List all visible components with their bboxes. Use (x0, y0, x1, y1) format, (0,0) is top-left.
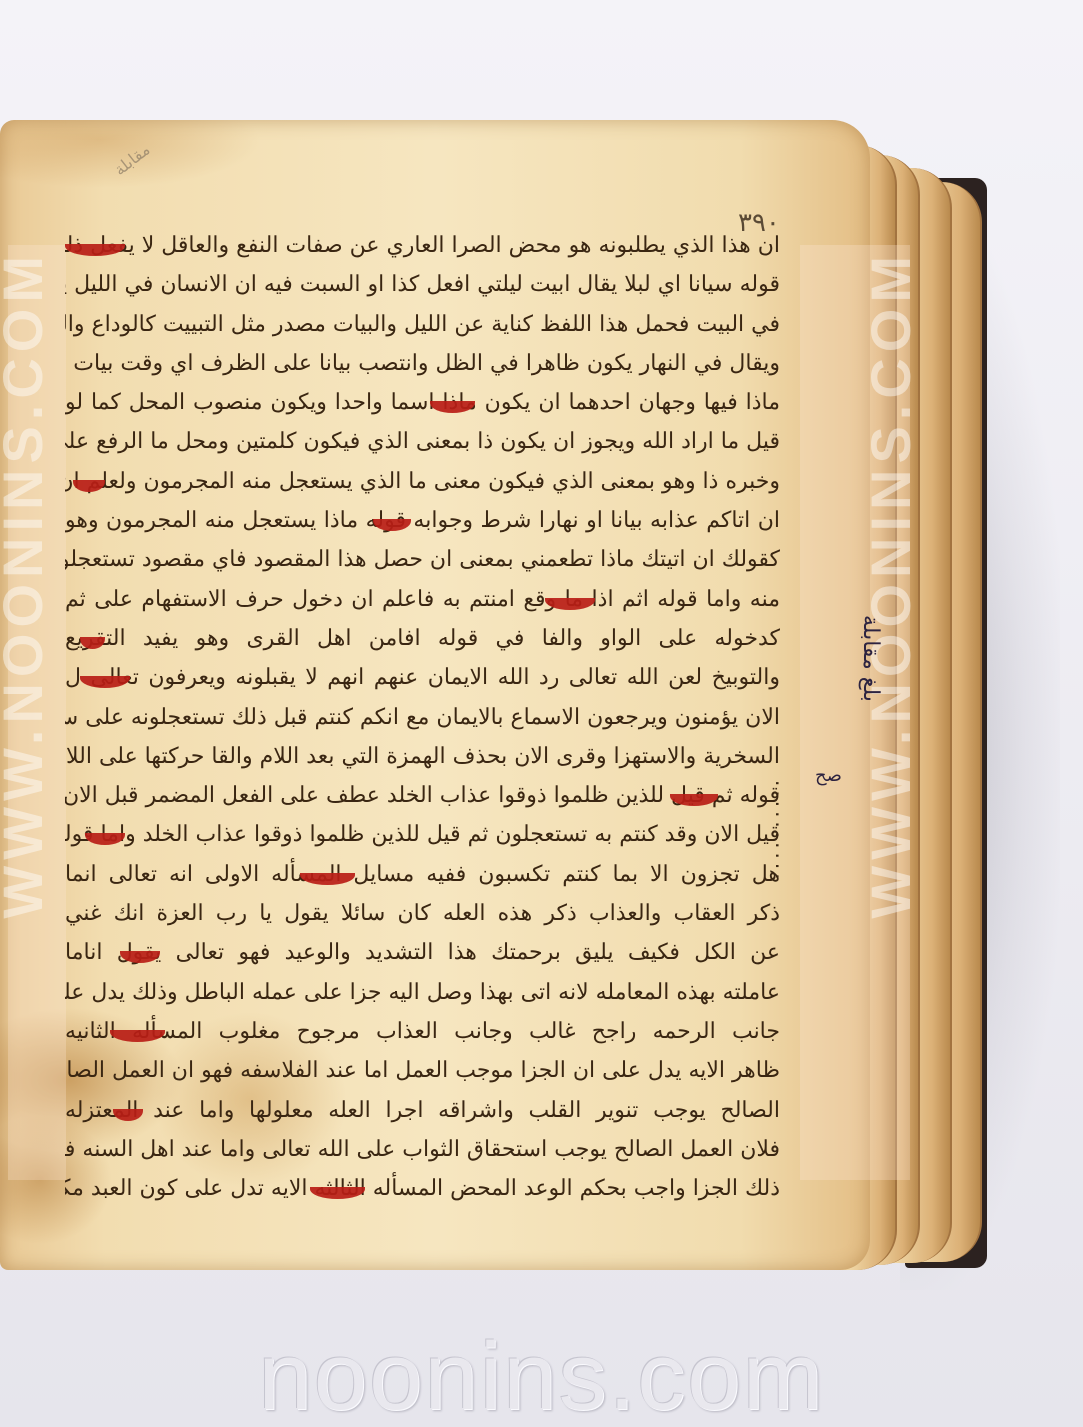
line-text: كقولك ان اتيتك ماذا تطعمني بمعنى ان حصل … (65, 547, 780, 572)
manuscript-line: قيل ما اراد الله ويجوز ان يكون ذا بمعنى … (65, 422, 780, 461)
correction-mark: صح (815, 765, 842, 786)
manuscript-line: هل تجزون الا بما كنتم تكسبون ففيه مسايل … (65, 855, 780, 894)
line-text: ان هذا الذي يطلبونه هو محض الصرا العاري … (65, 233, 780, 258)
line-text: ذكر العقاب والعذاب ذكر هذه العله كان سائ… (65, 901, 780, 926)
manuscript-line: منه واما قوله اثم اذا ما وقع امنتم به فا… (65, 580, 780, 619)
line-text: هل تجزون الا بما كنتم تكسبون ففيه مسايل … (65, 862, 780, 887)
manuscript-line: الان يؤمنون ويرجعون الاسماع بالايمان مع … (65, 698, 780, 737)
manuscript-line: جانب الرحمه راجح غالب وجانب العذاب مرجوح… (65, 1012, 780, 1051)
line-text: وخبره ذا وهو بمعنى الذي فيكون معنى ما ال… (65, 469, 780, 494)
manuscript-line: كقولك ان اتيتك ماذا تطعمني بمعنى ان حصل … (65, 540, 780, 579)
manuscript-line: قوله سيانا اي لبلا يقال ابيت ليلتي افعل … (65, 265, 780, 304)
line-text: ماذا فيها وجهان احدهما ان يكون ماذا اسما… (65, 390, 780, 415)
line-text: منه واما قوله اثم اذا ما وقع امنتم به فا… (65, 587, 780, 612)
manuscript-line: ويقال في النهار يكون ظاهرا في الظل وانتص… (65, 344, 780, 383)
manuscript-line: ماذا فيها وجهان احدهما ان يكون ماذا اسما… (65, 383, 780, 422)
line-text: فلان العمل الصالح يوجب استحقاق الثواب عل… (65, 1137, 780, 1162)
line-text: الان يؤمنون ويرجعون الاسماع بالايمان مع … (65, 705, 780, 730)
line-text: جانب الرحمه راجح غالب وجانب العذاب مرجوح… (65, 1019, 780, 1044)
manuscript-line: وخبره ذا وهو بمعنى الذي فيكون معنى ما ال… (65, 462, 780, 501)
manuscript-line: قوله ثم قيل للذين ظلموا ذوقوا عذاب الخلد… (65, 776, 780, 815)
line-text: ذلك الجزا واجب بحكم الوعد المحض المسأله … (65, 1176, 780, 1201)
line-text: والتوبيخ لعن الله تعالى رد الله الايمان … (65, 665, 780, 690)
vertical-margin-note: بلغ مقابلة (858, 615, 883, 875)
manuscript-line: ان هذا الذي يطلبونه هو محض الصرا العاري … (65, 226, 780, 265)
vertical-watermark-left: WWW.NOONINS.COM (0, 250, 55, 919)
manuscript-line: فلان العمل الصالح يوجب استحقاق الثواب عل… (65, 1130, 780, 1169)
manuscript-line: في البيت فحمل هذا اللفظ كناية عن الليل و… (65, 305, 780, 344)
manuscript-line: الصالح يوجب تنوير القلب واشراقه اجرا الع… (65, 1091, 780, 1130)
manuscript-line: ذكر العقاب والعذاب ذكر هذه العله كان سائ… (65, 894, 780, 933)
line-text: قيل ما اراد الله ويجوز ان يكون ذا بمعنى … (65, 429, 780, 454)
line-text: عاملته بهذه المعامله لانه اتى بهذا وصل ا… (65, 980, 780, 1005)
line-text: في البيت فحمل هذا اللفظ كناية عن الليل و… (65, 312, 780, 337)
manuscript-line: كدخوله على الواو والفا في قوله افامن اهل… (65, 619, 780, 658)
manuscript-line: والتوبيخ لعن الله تعالى رد الله الايمان … (65, 658, 780, 697)
manuscript-line: ان اتاكم عذابه بيانا او نهارا شرط وجوابه… (65, 501, 780, 540)
line-text: الصالح يوجب تنوير القلب واشراقه اجرا الع… (65, 1098, 780, 1123)
line-text: قيل الان وقد كنتم به تستعجلون ثم قيل للذ… (65, 822, 780, 847)
line-text: ظاهر الايه يدل على ان الجزا موجب العمل ا… (65, 1058, 780, 1083)
manuscript-line: السخرية والاستهزا وقرى الان بحذف الهمزة … (65, 737, 780, 776)
line-text: كدخوله على الواو والفا في قوله افامن اهل… (65, 626, 780, 651)
line-text: السخرية والاستهزا وقرى الان بحذف الهمزة … (65, 744, 780, 769)
footer-watermark: noonins.com (0, 1322, 1083, 1427)
manuscript-line: عن الكل فكيف يليق برحمتك هذا التشديد وال… (65, 933, 780, 972)
line-text: ويقال في النهار يكون ظاهرا في الظل وانتص… (65, 351, 780, 376)
manuscript-line: ذلك الجزا واجب بحكم الوعد المحض المسأله … (65, 1169, 780, 1208)
line-text: ان اتاكم عذابه بيانا او نهارا شرط وجوابه… (65, 508, 780, 533)
manuscript-line: عاملته بهذه المعامله لانه اتى بهذا وصل ا… (65, 973, 780, 1012)
line-text: قوله سيانا اي لبلا يقال ابيت ليلتي افعل … (65, 272, 780, 297)
manuscript-line: ظاهر الايه يدل على ان الجزا موجب العمل ا… (65, 1051, 780, 1090)
manuscript-line: قيل الان وقد كنتم به تستعجلون ثم قيل للذ… (65, 815, 780, 854)
marginal-dots: ·········· (765, 780, 789, 884)
line-text: عن الكل فكيف يليق برحمتك هذا التشديد وال… (65, 940, 780, 965)
manuscript-text: ان هذا الذي يطلبونه هو محض الصرا العاري … (65, 226, 780, 1208)
